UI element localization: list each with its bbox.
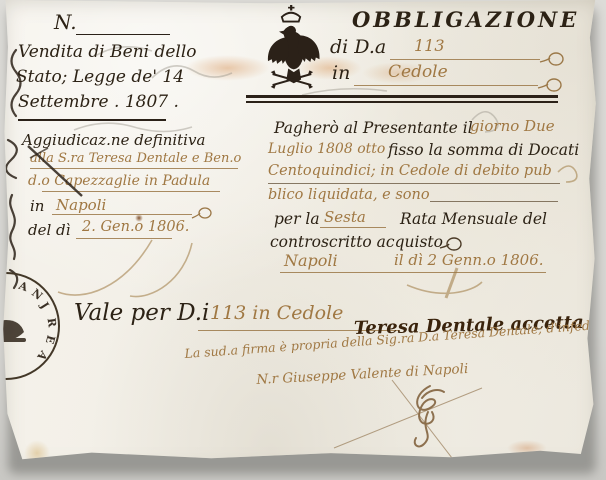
law-line-1: Vendita di Beni dello <box>18 42 197 62</box>
promise-line5-printed-a: per la <box>274 210 320 228</box>
promise-line6-printed: controscritto acquisto <box>270 233 443 251</box>
pen-loop-icon <box>540 50 566 66</box>
stamp-letter: J <box>38 300 52 311</box>
date-label-left: del dì <box>28 221 70 239</box>
promise-line4-fill-line <box>430 201 558 202</box>
law-line-3: Settembre . 1807 . <box>18 92 179 112</box>
medium-value-handwritten: Cedole <box>388 62 448 82</box>
notary-flourish <box>332 378 542 463</box>
crowned-eagle-emblem-icon <box>245 4 337 98</box>
law-line-2: Stato; Legge de' 14 <box>16 67 184 87</box>
document-number-label: N. <box>54 10 77 34</box>
amount-fill-line <box>390 59 540 60</box>
double-rule-bottom <box>246 101 558 103</box>
promise-line4-handwritten: blico liquidata, e sono <box>268 187 430 203</box>
promise-line3-handwritten: Centoquindici; in Cedole di debito pub <box>268 163 552 179</box>
promise-line5-handwritten: Sesta <box>324 208 366 226</box>
promise-place-fill-line <box>280 272 546 273</box>
promise-date-handwritten: il dì 2 Genn.o 1806. <box>394 251 544 269</box>
obligation-document-paper: A N J R E A N. Vendita di Beni dello Sta… <box>2 0 600 470</box>
pen-loop-icon <box>192 205 214 219</box>
scanned-document-page: { "document": { "number_label": "N.", "t… <box>0 0 606 480</box>
promise-line2-printed: fisso la somma di Docati <box>388 141 579 159</box>
stamp-letter: A <box>17 279 29 294</box>
value-line-printed: Vale per D.i <box>74 300 209 326</box>
promise-line2-handwritten: Luglio 1808 otto <box>268 141 385 157</box>
promise-line1-handwritten: giorno Due <box>470 117 555 135</box>
in-fill-line <box>52 214 192 215</box>
stamp-letter: E <box>43 334 58 345</box>
stamp-letter: R <box>45 317 59 328</box>
promise-line5-printed-b: Rata Mensuale del <box>400 210 547 228</box>
amount-value-handwritten: 113 <box>414 36 445 55</box>
stamp-crown-emblem-icon <box>0 308 36 352</box>
promise-line3-fill-line <box>268 183 560 184</box>
pen-loop-icon <box>538 76 564 92</box>
document-title: OBBLIGAZIONE <box>352 7 579 32</box>
date-value-handwritten: 2. Gen.o 1806. <box>82 219 189 235</box>
medium-fill-line <box>354 85 538 86</box>
promise-place-handwritten: Napoli <box>284 251 338 270</box>
pen-loop-icon <box>440 236 464 252</box>
amount-label: di D.a <box>330 36 386 58</box>
double-rule-top <box>246 95 558 98</box>
promise-line1-printed: Pagherò al Presentante il <box>274 119 473 137</box>
law-underline <box>18 119 166 121</box>
stamp-letter: N <box>29 286 45 302</box>
value-line-handwritten: 113 in Cedole <box>210 302 343 324</box>
number-fill-line <box>76 34 170 35</box>
medium-label: in <box>332 62 350 84</box>
promise-line5-fill-line <box>320 227 386 228</box>
date-fill-line <box>76 238 172 239</box>
cross-out-stroke <box>26 144 86 200</box>
